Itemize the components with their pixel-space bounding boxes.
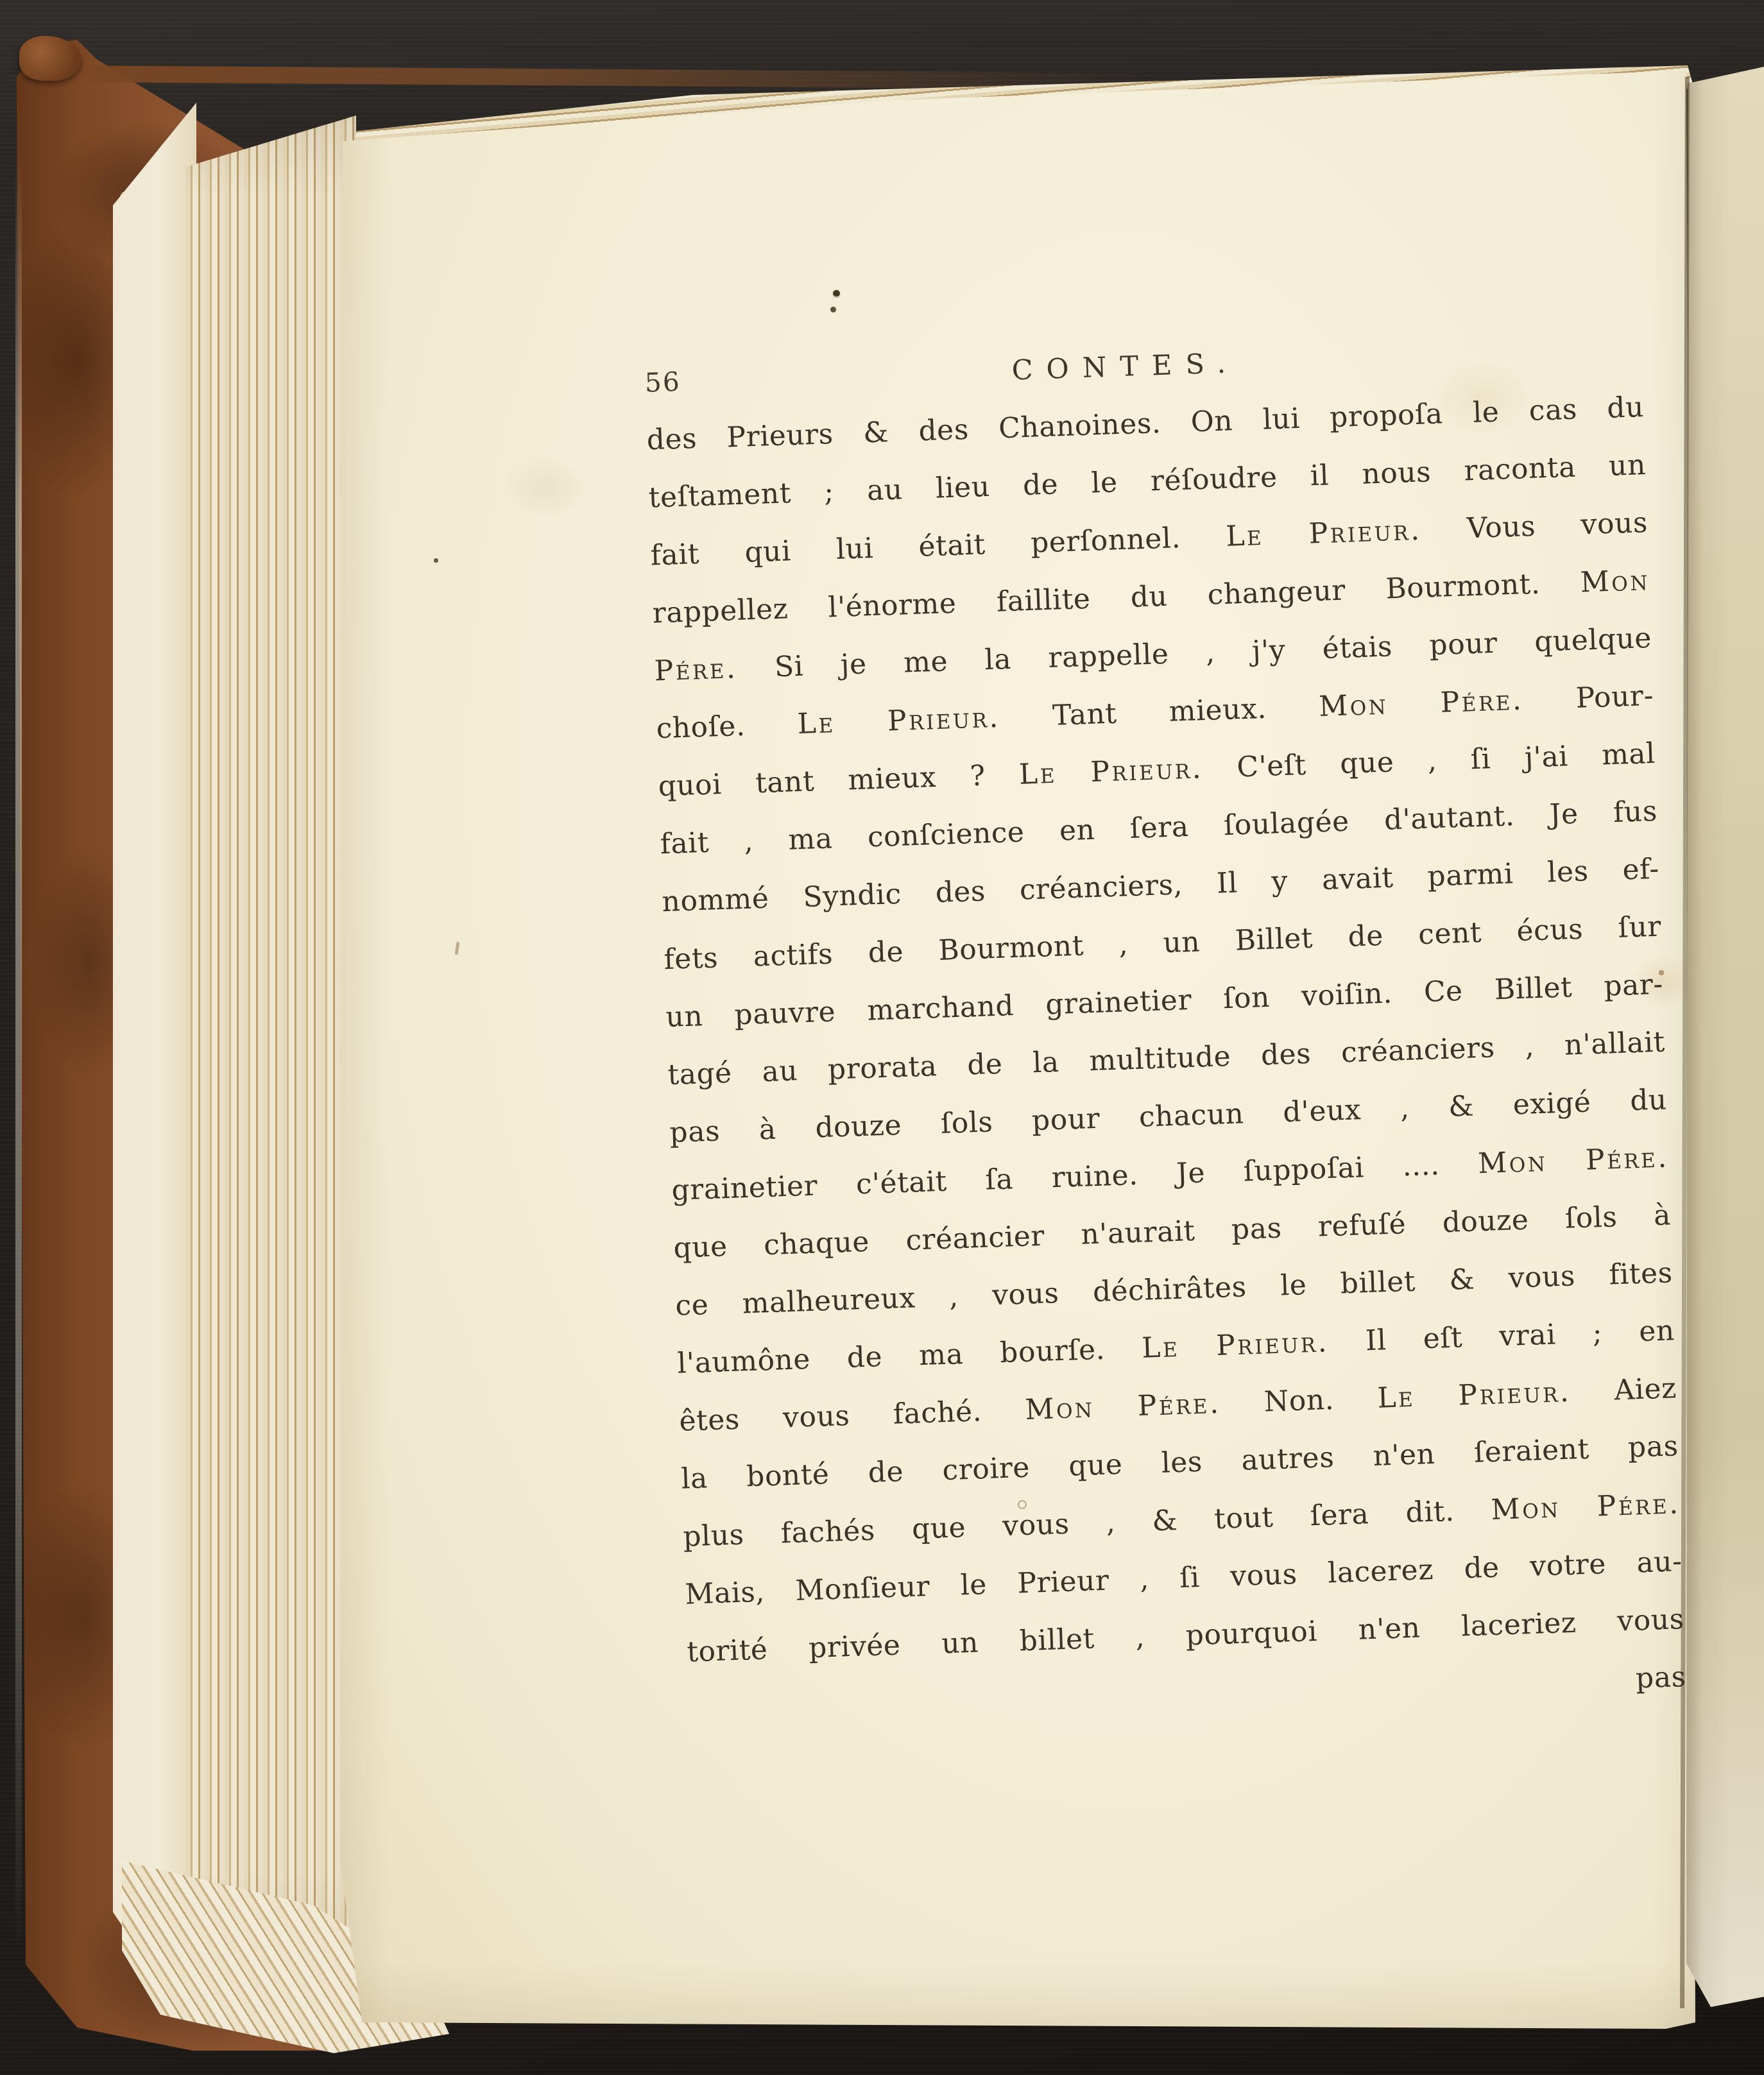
word: quelque bbox=[1534, 620, 1653, 681]
word: grainetier bbox=[671, 1167, 819, 1230]
word: vous bbox=[1229, 1556, 1298, 1616]
word: me bbox=[903, 643, 949, 702]
word: Bourmont bbox=[938, 927, 1085, 989]
smallcaps-word: Pére. bbox=[1585, 1139, 1670, 1199]
word: teſtament bbox=[648, 475, 792, 537]
smallcaps-word: Pére. bbox=[1440, 682, 1525, 742]
word: Billet bbox=[1494, 969, 1573, 1029]
word: n'en bbox=[1373, 1436, 1437, 1496]
word: Prieurs bbox=[726, 416, 835, 477]
word: ſa bbox=[985, 1161, 1015, 1219]
word: tout bbox=[1213, 1499, 1274, 1558]
word: y bbox=[1271, 863, 1289, 921]
word: ; bbox=[823, 474, 835, 531]
word: marchand bbox=[866, 987, 1015, 1050]
word: bourſe. bbox=[999, 1331, 1106, 1392]
word: ma bbox=[918, 1336, 964, 1395]
word: , bbox=[948, 1278, 959, 1336]
word: douze bbox=[814, 1107, 903, 1167]
word: vous bbox=[1580, 504, 1649, 564]
word: billet bbox=[1019, 1621, 1096, 1681]
word: nommé bbox=[662, 880, 771, 941]
word: les bbox=[1546, 853, 1589, 912]
printed-text-block: 56 CONTES. desPrieurs&desChanoines.Onlui… bbox=[632, 0, 1688, 1750]
smallcaps-word: Le bbox=[1376, 1379, 1416, 1438]
smallcaps-word: Prieur. bbox=[887, 699, 1002, 761]
word: multitude bbox=[1089, 1038, 1232, 1100]
word: il bbox=[1310, 457, 1330, 515]
photo-of-open-book: 56 CONTES. desPrieurs&desChanoines.Onlui… bbox=[0, 0, 1764, 2075]
word: choſe. bbox=[656, 708, 747, 769]
word: propoſa bbox=[1329, 395, 1444, 457]
word: écus bbox=[1516, 911, 1585, 971]
smallcaps-word: Mon bbox=[1580, 562, 1651, 622]
word: ſi bbox=[1179, 1559, 1201, 1618]
word: déchirâtes bbox=[1092, 1268, 1248, 1331]
word: Ce bbox=[1423, 973, 1464, 1032]
word: & bbox=[1448, 1088, 1475, 1146]
word: des bbox=[935, 873, 987, 933]
word: de bbox=[846, 1338, 884, 1397]
word: rappellez bbox=[652, 590, 789, 653]
word: ſi bbox=[1470, 740, 1492, 799]
word: mieux. bbox=[1169, 690, 1268, 751]
word: , bbox=[1427, 742, 1438, 800]
word: créancier bbox=[905, 1218, 1045, 1280]
word: Billet bbox=[1235, 920, 1314, 980]
word: changeur bbox=[1207, 572, 1347, 635]
word: Chanoines. bbox=[998, 405, 1162, 468]
word: ? bbox=[970, 757, 987, 815]
word: Prieur bbox=[1016, 1562, 1110, 1623]
word: exigé bbox=[1512, 1084, 1593, 1144]
word: créanciers, bbox=[1019, 866, 1184, 929]
word: d'autant. bbox=[1383, 798, 1516, 860]
word: mieux bbox=[848, 759, 938, 820]
word: vous bbox=[1002, 1506, 1070, 1566]
word: , bbox=[1400, 1090, 1410, 1148]
running-header: 56 CONTES. bbox=[644, 334, 1643, 400]
spine-edge-highlight bbox=[15, 154, 22, 1951]
body-text: desPrieurs&desChanoines.Onluipropoſaleca… bbox=[646, 389, 1688, 1749]
word: prorata bbox=[827, 1048, 938, 1109]
word: par- bbox=[1604, 966, 1665, 1026]
word: faillite bbox=[996, 581, 1092, 642]
word: Il bbox=[1216, 864, 1238, 923]
word: C'eſt bbox=[1237, 747, 1308, 807]
word: pourquoi bbox=[1185, 1613, 1319, 1675]
word: n'en bbox=[1358, 1610, 1422, 1669]
word: pas bbox=[669, 1113, 721, 1172]
word: fus bbox=[1613, 793, 1659, 852]
word: dit. bbox=[1405, 1493, 1456, 1552]
word: voiſin. bbox=[1301, 975, 1394, 1036]
word: de bbox=[1464, 1550, 1501, 1609]
word: je bbox=[840, 645, 868, 704]
page-block-inner-edge bbox=[113, 103, 196, 2040]
smallcaps-word: Pére. bbox=[1597, 1485, 1682, 1546]
header-spacer bbox=[1539, 359, 1642, 362]
word: eſt bbox=[1423, 1319, 1464, 1378]
word: , bbox=[1118, 926, 1129, 984]
word: faché. bbox=[893, 1393, 983, 1454]
word: ; bbox=[1592, 1315, 1604, 1372]
word: à bbox=[1653, 1197, 1672, 1255]
word: la bbox=[984, 641, 1013, 699]
word: du bbox=[1606, 389, 1645, 448]
word: en bbox=[1638, 1312, 1675, 1371]
word: plus bbox=[683, 1517, 746, 1576]
word: ſoulagée bbox=[1223, 803, 1351, 865]
word: un bbox=[941, 1625, 980, 1684]
word: créanciers bbox=[1340, 1029, 1496, 1092]
word: , bbox=[1135, 1619, 1146, 1677]
word: était bbox=[918, 526, 987, 586]
word: laceriez bbox=[1460, 1605, 1577, 1666]
word: Je bbox=[1549, 796, 1580, 854]
smallcaps-word: Prieur. bbox=[1090, 750, 1204, 812]
word: pour bbox=[1429, 625, 1499, 685]
word: des bbox=[1260, 1036, 1312, 1095]
word: lui bbox=[835, 530, 875, 589]
smallcaps-word: Mon bbox=[1491, 1489, 1562, 1550]
word: Si bbox=[774, 648, 805, 706]
word: ſur bbox=[1618, 909, 1663, 968]
smallcaps-word: Pére. bbox=[654, 650, 739, 710]
word: lacerez bbox=[1327, 1551, 1435, 1612]
smallcaps-word: Prieur. bbox=[1308, 512, 1423, 574]
word: de bbox=[966, 1046, 1004, 1105]
smallcaps-word: Mon bbox=[1318, 687, 1389, 747]
word: , bbox=[1205, 634, 1216, 692]
word: au- bbox=[1636, 1543, 1684, 1602]
word: grainetier bbox=[1045, 982, 1193, 1045]
word: vous bbox=[782, 1397, 851, 1457]
word: Tant bbox=[1052, 696, 1118, 755]
word: cent bbox=[1417, 914, 1483, 974]
word: cas bbox=[1529, 391, 1579, 450]
word: chaque bbox=[763, 1224, 871, 1285]
word: , bbox=[1106, 1504, 1117, 1562]
word: votre bbox=[1529, 1546, 1607, 1606]
word: lui bbox=[1262, 400, 1301, 459]
word: , bbox=[1525, 1028, 1536, 1086]
word: croire bbox=[942, 1449, 1031, 1510]
word: chacun bbox=[1138, 1095, 1245, 1156]
word: que bbox=[1068, 1446, 1124, 1506]
smallcaps-word: Prieur. bbox=[1458, 1374, 1573, 1435]
word: nous bbox=[1362, 454, 1433, 514]
word: de bbox=[868, 1453, 905, 1512]
word: pas bbox=[1635, 1659, 1687, 1718]
word: parmi bbox=[1427, 855, 1515, 916]
word: Mais, bbox=[684, 1574, 766, 1634]
word: Il bbox=[1365, 1322, 1387, 1380]
word: fait bbox=[660, 824, 710, 884]
word: refuſé bbox=[1317, 1206, 1407, 1266]
word: ſon bbox=[1222, 979, 1271, 1038]
word: l'aumône bbox=[677, 1341, 812, 1403]
word: autres bbox=[1240, 1439, 1335, 1500]
smallcaps-word: Prieur. bbox=[1215, 1324, 1330, 1385]
word: ſeraient bbox=[1473, 1431, 1591, 1492]
word: Non. bbox=[1263, 1381, 1335, 1442]
word: vous bbox=[1616, 1601, 1685, 1661]
word: la bbox=[1032, 1044, 1060, 1102]
word: fites bbox=[1609, 1254, 1674, 1314]
word: j'ai bbox=[1524, 738, 1570, 797]
smallcaps-word: Le bbox=[1141, 1329, 1181, 1388]
page-block-edges bbox=[186, 77, 356, 2072]
word: actifs bbox=[753, 935, 834, 996]
word: le bbox=[960, 1566, 988, 1625]
word: la bbox=[681, 1460, 709, 1518]
word: étais bbox=[1322, 628, 1394, 688]
word: raconta bbox=[1464, 449, 1577, 511]
word: douze bbox=[1442, 1202, 1530, 1262]
word: pour bbox=[1031, 1100, 1101, 1160]
word: Je bbox=[1176, 1154, 1206, 1213]
word: que bbox=[673, 1228, 729, 1288]
word: Vous bbox=[1466, 508, 1537, 568]
word: & bbox=[862, 414, 890, 472]
word: fachés bbox=[780, 1512, 877, 1573]
word: privée bbox=[808, 1627, 902, 1688]
word: ruine. bbox=[1051, 1157, 1140, 1217]
word: vous bbox=[991, 1275, 1060, 1335]
word: l'énorme bbox=[828, 585, 958, 647]
word: n'aurait bbox=[1081, 1213, 1197, 1274]
word: ſols bbox=[940, 1104, 994, 1163]
word: que bbox=[1339, 744, 1395, 803]
smallcaps-word: Le bbox=[1018, 755, 1058, 814]
smallcaps-word: Mon bbox=[1025, 1389, 1096, 1449]
word: fait bbox=[650, 536, 701, 595]
word: les bbox=[1161, 1444, 1204, 1503]
word: au bbox=[866, 471, 904, 530]
word: ſera bbox=[1129, 808, 1190, 868]
word: des bbox=[646, 420, 698, 480]
word: êtes bbox=[679, 1401, 741, 1461]
word: conſcience bbox=[867, 814, 1025, 876]
word: au bbox=[762, 1052, 800, 1111]
word: du bbox=[1629, 1081, 1668, 1140]
facing-page-sliver bbox=[1681, 64, 1764, 2015]
word: un bbox=[1608, 447, 1647, 506]
word: un bbox=[665, 998, 705, 1057]
word: ſols bbox=[1564, 1199, 1618, 1258]
word: rappelle bbox=[1048, 636, 1170, 697]
word: de bbox=[1022, 466, 1059, 525]
word: pas bbox=[1627, 1428, 1679, 1487]
word: & bbox=[1152, 1502, 1179, 1560]
word: le bbox=[1472, 394, 1500, 452]
word: mal bbox=[1601, 735, 1656, 795]
word: , bbox=[744, 823, 755, 880]
word: un bbox=[1163, 923, 1202, 982]
word: de bbox=[1348, 918, 1385, 977]
word: , bbox=[1139, 1561, 1150, 1619]
word: Syndic bbox=[802, 876, 902, 937]
word: Monſieur bbox=[795, 1568, 932, 1630]
word: vous bbox=[1508, 1258, 1577, 1317]
word: fets bbox=[664, 939, 720, 999]
word: en bbox=[1059, 812, 1096, 871]
smallcaps-word: Pére. bbox=[1137, 1385, 1222, 1446]
word: que bbox=[911, 1509, 967, 1569]
word: Bourmont. bbox=[1385, 566, 1541, 629]
word: ſera bbox=[1310, 1496, 1371, 1555]
word: j'y bbox=[1251, 632, 1287, 691]
word: .... bbox=[1402, 1147, 1441, 1206]
word: réſoudre bbox=[1150, 459, 1278, 520]
smallcaps-word: Le bbox=[797, 704, 837, 764]
word: c'était bbox=[855, 1163, 948, 1224]
word: tant bbox=[755, 763, 816, 823]
word: qui bbox=[744, 533, 792, 592]
word: ſuppoſai bbox=[1243, 1149, 1366, 1211]
word: Aiez bbox=[1614, 1370, 1678, 1430]
smallcaps-word: Mon bbox=[1477, 1143, 1548, 1204]
word: avait bbox=[1321, 859, 1395, 919]
word: n'allait bbox=[1564, 1024, 1666, 1085]
word: torité bbox=[686, 1631, 769, 1691]
word: le bbox=[1091, 464, 1119, 522]
smallcaps-word: Le bbox=[1225, 517, 1265, 576]
word: des bbox=[918, 411, 970, 471]
margin-speck bbox=[434, 558, 438, 563]
word: vrai bbox=[1498, 1316, 1557, 1376]
word: le bbox=[1280, 1267, 1308, 1325]
word: ma bbox=[788, 820, 834, 879]
word: lieu bbox=[935, 468, 991, 528]
word: bonté bbox=[746, 1456, 830, 1516]
word: Pour- bbox=[1575, 678, 1655, 738]
word: & bbox=[1449, 1261, 1477, 1320]
word: perſonnel. bbox=[1030, 520, 1182, 583]
word: pas bbox=[1231, 1209, 1283, 1269]
word: ef- bbox=[1622, 851, 1661, 910]
word: à bbox=[758, 1111, 778, 1170]
word: du bbox=[1130, 578, 1169, 637]
running-title: CONTES. bbox=[748, 338, 1503, 395]
word: tagé bbox=[667, 1055, 733, 1114]
word: billet bbox=[1340, 1263, 1417, 1324]
word: quoi bbox=[658, 766, 723, 826]
word: ce bbox=[675, 1286, 710, 1345]
word: malheureux bbox=[742, 1279, 917, 1343]
word: On bbox=[1190, 402, 1234, 461]
word: d'eux bbox=[1282, 1091, 1362, 1152]
word: pauvre bbox=[734, 993, 837, 1054]
word: de bbox=[868, 934, 905, 993]
